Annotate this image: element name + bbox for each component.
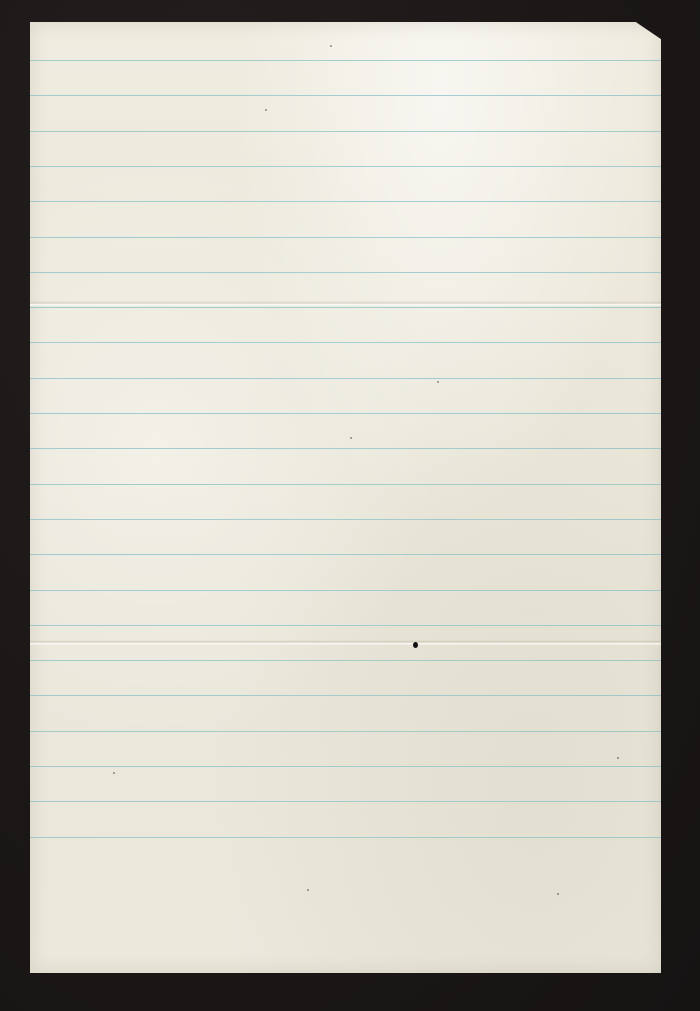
- ruled-line: [30, 95, 661, 96]
- ruled-line: [30, 342, 661, 343]
- paper-sheet: [30, 22, 661, 973]
- ruled-line: [30, 801, 661, 802]
- ruled-line: [30, 448, 661, 449]
- ruled-line: [30, 484, 661, 485]
- ink-spot: [413, 642, 418, 648]
- speck: [330, 45, 332, 47]
- ruled-line: [30, 695, 661, 696]
- ruled-line: [30, 554, 661, 555]
- ruled-line: [30, 378, 661, 379]
- ruled-line: [30, 131, 661, 132]
- ruled-line: [30, 166, 661, 167]
- ruled-line: [30, 60, 661, 61]
- speck: [617, 757, 619, 759]
- fold-crease-lower: [30, 640, 661, 646]
- speck: [350, 437, 352, 439]
- fold-crease-upper: [30, 301, 661, 307]
- ruled-line: [30, 307, 661, 308]
- ruled-line: [30, 766, 661, 767]
- ruled-line: [30, 590, 661, 591]
- speck: [265, 109, 267, 111]
- ruled-line: [30, 201, 661, 202]
- ruled-line: [30, 731, 661, 732]
- ruled-line: [30, 625, 661, 626]
- speck: [113, 772, 115, 774]
- ruled-line: [30, 519, 661, 520]
- ruled-line: [30, 837, 661, 838]
- ruled-line: [30, 237, 661, 238]
- ruled-line: [30, 660, 661, 661]
- ruled-line: [30, 413, 661, 414]
- ruled-line: [30, 272, 661, 273]
- speck: [437, 381, 439, 383]
- speck: [307, 889, 309, 891]
- speck: [557, 893, 559, 895]
